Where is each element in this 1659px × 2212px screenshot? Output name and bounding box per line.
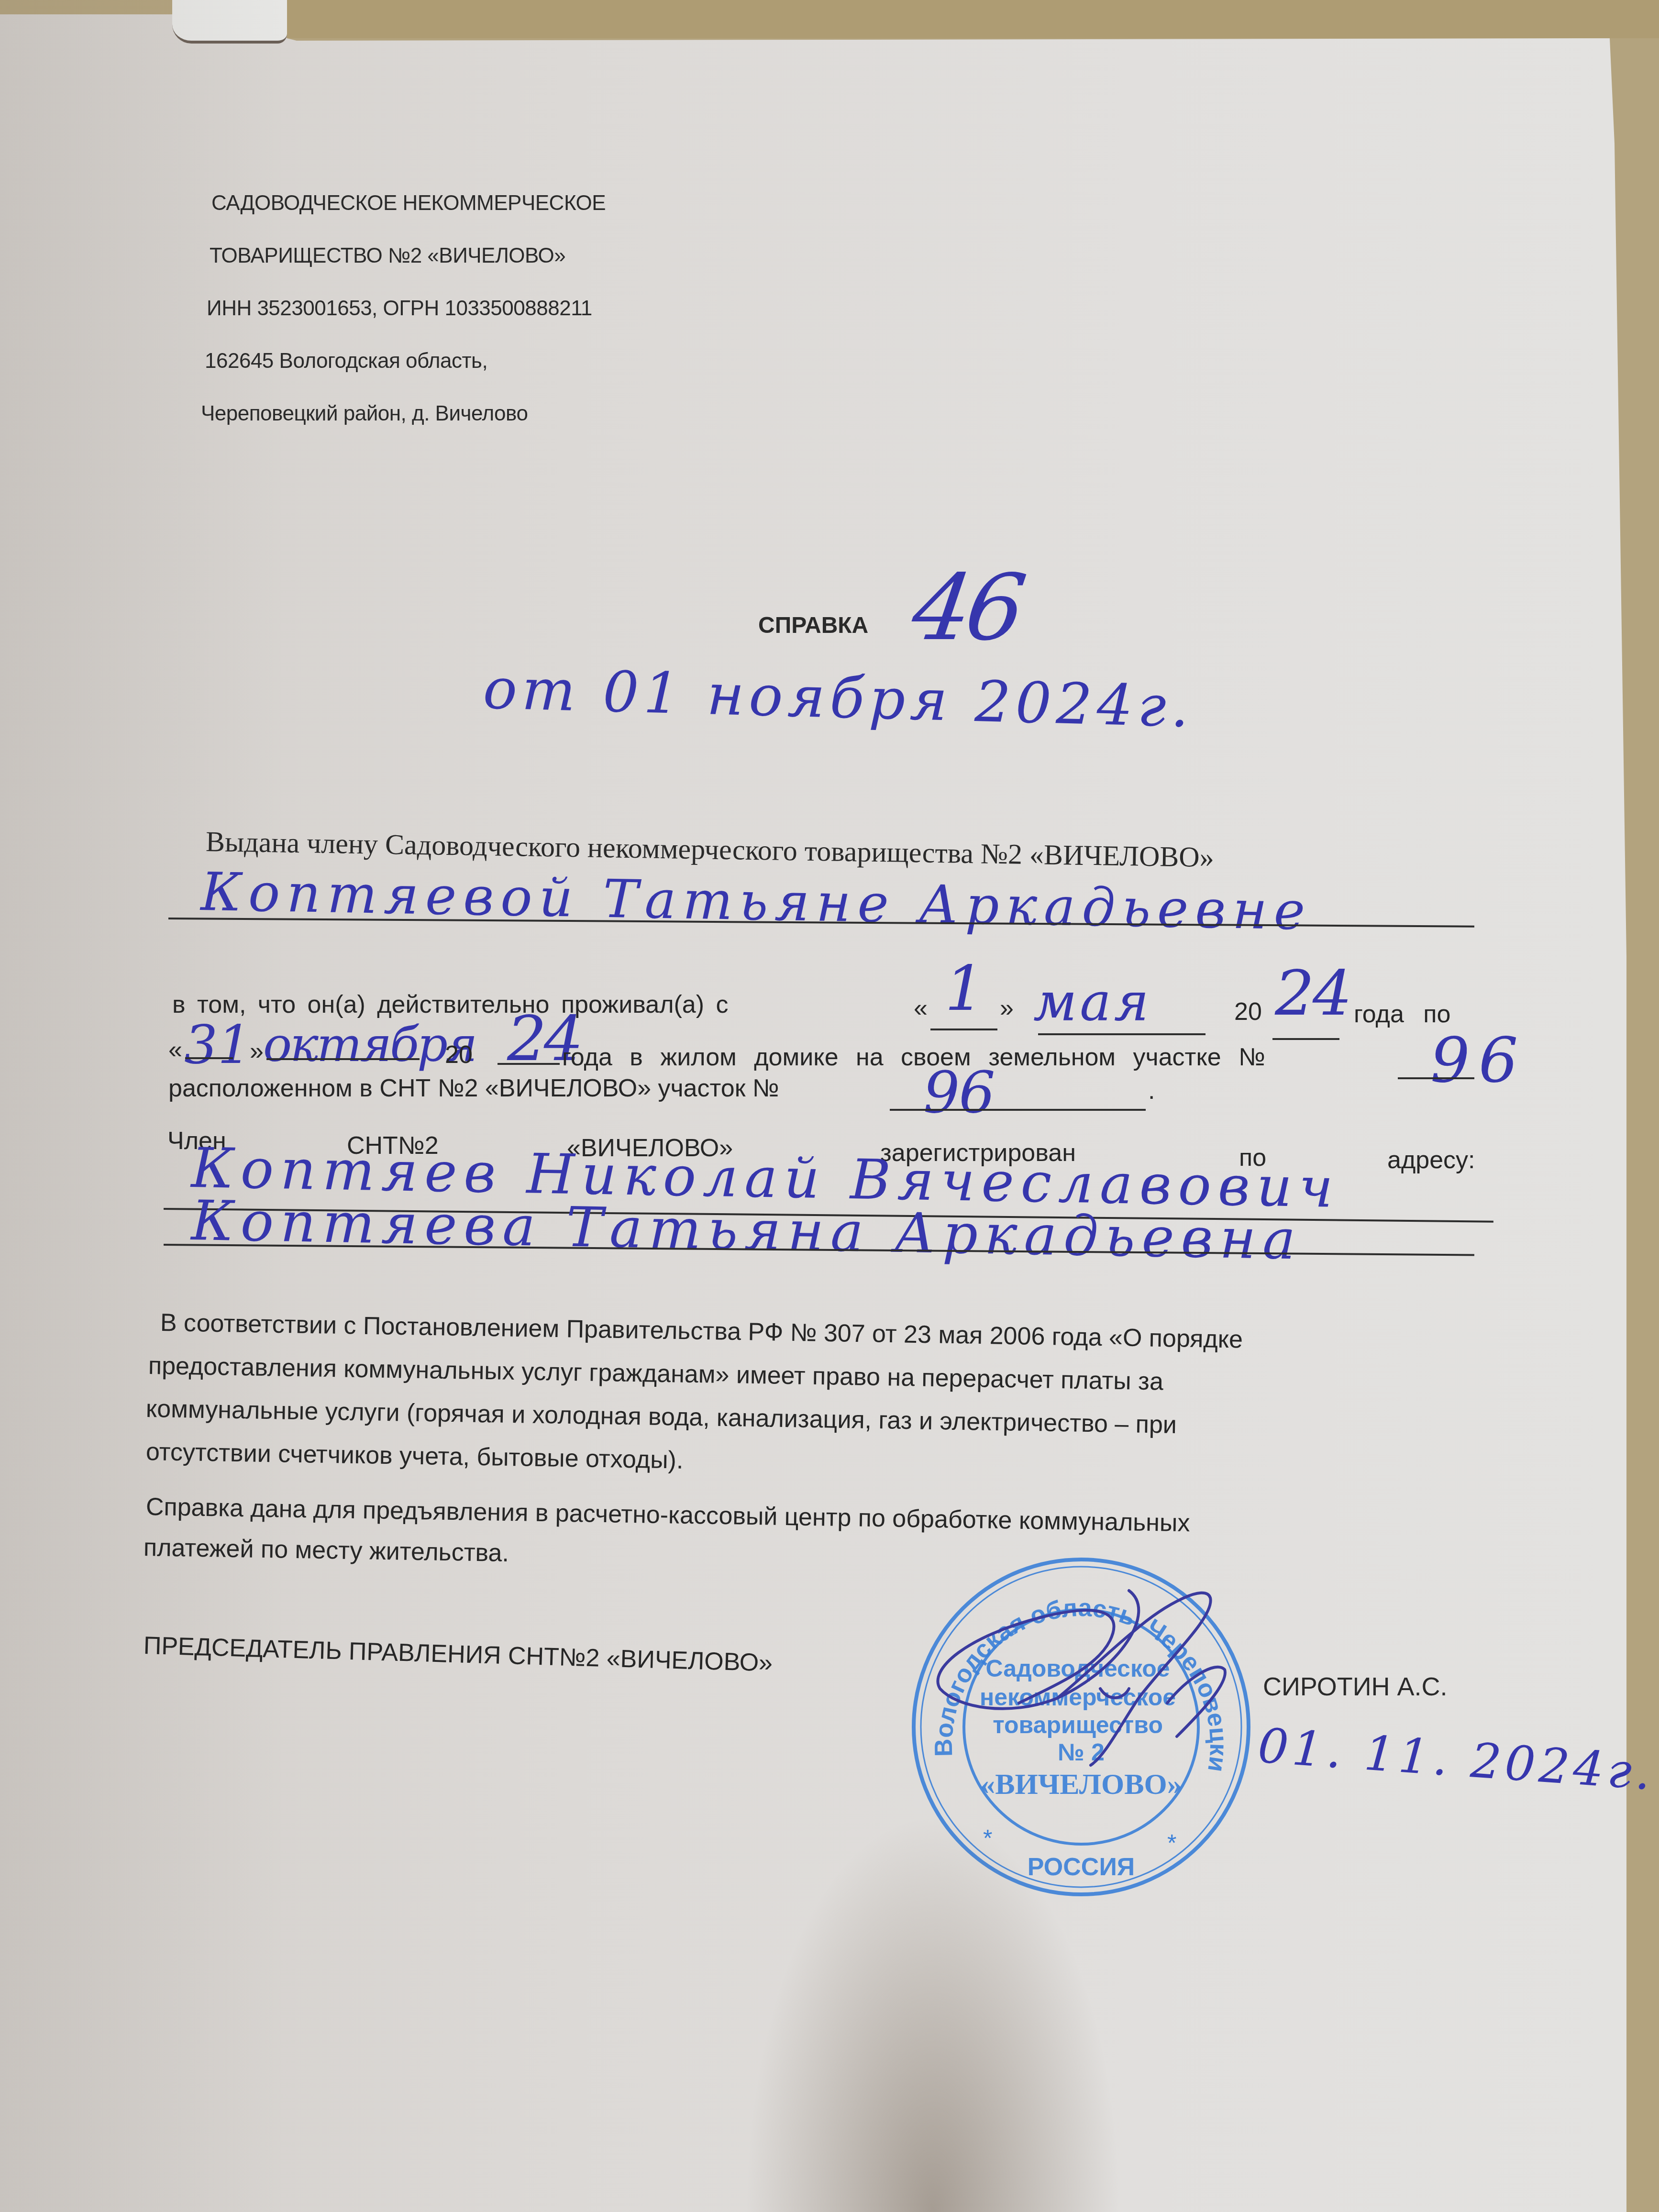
residence-line1-prefix: в том, что он(а) действительно проживал(… [172,990,729,1019]
svg-text:РОССИЯ: РОССИЯ [1028,1853,1135,1881]
reg-word-6: адресу: [1387,1146,1475,1174]
from-month-underline [1038,1033,1206,1035]
year-prefix-1: 20 [1234,997,1262,1026]
stamp-icon: Вологодская область, Череповецкий район … [899,1545,1263,1909]
paper-sheet [0,0,1626,2212]
to-day-underline [185,1057,233,1059]
to-month: октября [263,1017,476,1073]
to-day: 31 [184,1014,251,1075]
quote-close: » [1000,994,1014,1023]
plot-number-1: 96 [1430,1024,1526,1096]
inn-ogrn: ИНН 3523001653, ОГРН 1033500888211 [207,297,592,321]
svg-text:*: * [1167,1830,1176,1857]
title-label: СПРАВКА [758,612,868,639]
from-year-underline [1272,1038,1339,1040]
torn-corner [172,0,287,44]
org-name-line1: САДОВОДЧЕСКОЕ НЕКОММЕРЧЕСКОЕ [211,191,606,215]
plot-number-2: 96 [923,1060,995,1126]
background-surface [287,0,1659,38]
signatory-name: СИРОТИН А.С. [1263,1672,1447,1702]
svg-text:«ВИЧЕЛОВО»: «ВИЧЕЛОВО» [980,1768,1182,1801]
certificate-number: 46 [906,555,1027,661]
address-line1: 162645 Вологодская область, [205,349,487,373]
official-stamp: Вологодская область, Череповецкий район … [899,1545,1263,1909]
from-year: 24 [1275,957,1350,1029]
address-line2: Череповецкий район, д. Вичелово [201,402,528,426]
purpose-line-2: платежей по месту жительства. [144,1533,509,1568]
quote-open-2: « [168,1036,182,1064]
svg-text:*: * [983,1825,992,1852]
plot-number-1-underline [1398,1077,1474,1079]
residence-line2-text: года в жилом домике на своем земельном у… [562,1043,1265,1072]
to-month-underline [266,1058,420,1060]
quote-close-2: » [250,1037,264,1066]
residence-line3-text: расположенном в СНТ №2 «ВИЧЕЛОВО» участо… [168,1074,779,1103]
from-day: 1 [945,952,987,1025]
to-year-underline [498,1063,560,1065]
from-month: мая [1033,971,1152,1032]
year-prefix-2: 20 [445,1040,473,1069]
quote-open: « [914,994,928,1023]
org-name-line2: ТОВАРИЩЕСТВО №2 «ВИЧЕЛОВО» [210,244,565,268]
line3-end: . [1148,1076,1155,1105]
from-day-underline [930,1029,997,1030]
plot-number-2-underline [890,1109,1146,1111]
